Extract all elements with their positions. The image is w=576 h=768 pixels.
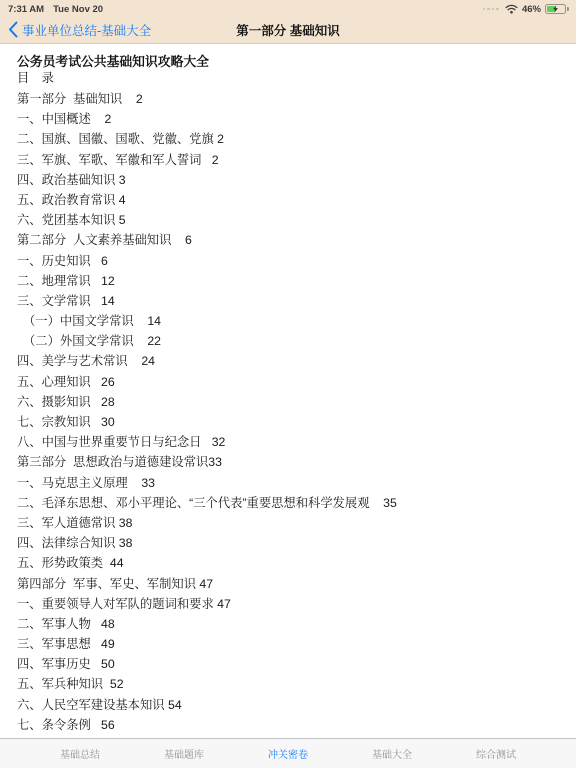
toc-row: 一、历史知识 6 xyxy=(17,251,566,271)
toc-row: 二、军事人物 48 xyxy=(17,614,566,634)
tab-item[interactable]: 冲关密卷 xyxy=(236,746,340,761)
toc-row: 五、形势政策类 44 xyxy=(17,553,566,573)
toc-row: 第二部分 人文素养基础知识 6 xyxy=(17,230,566,250)
toc-row: 三、军人道德常识 38 xyxy=(17,513,566,533)
toc-row: 三、军旗、军歌、军徽和军人誓词 2 xyxy=(17,150,566,170)
tab-bar: 基础总结 基础题库 冲关密卷 基础大全 综合测试 xyxy=(0,738,576,768)
toc-row: 第三部分 思想政治与道德建设常识33 xyxy=(17,452,566,472)
toc-row: 五、心理知识 26 xyxy=(17,372,566,392)
back-button[interactable]: 事业单位总结-基础大全 xyxy=(8,16,151,43)
toc-row: 二、国旗、国徽、国歌、党徽、党旗 2 xyxy=(17,129,566,149)
toc-row: 四、军事历史 50 xyxy=(17,654,566,674)
toc-row: 七、条令条例 56 xyxy=(17,715,566,735)
toc-row: 七、宗教知识 30 xyxy=(17,412,566,432)
top-chrome: 7:31 AMTue Nov 20 46% xyxy=(0,0,576,44)
status-time: 7:31 AM xyxy=(8,4,44,15)
toc-heading: 目 录 xyxy=(17,70,566,86)
status-bar: 7:31 AMTue Nov 20 46% xyxy=(0,0,576,16)
cellular-signal-icon xyxy=(483,8,499,11)
tab-item[interactable]: 基础总结 xyxy=(28,746,132,761)
tab-item[interactable]: 综合测试 xyxy=(444,746,548,761)
tab-item[interactable]: 基础大全 xyxy=(340,746,444,761)
wifi-icon xyxy=(505,4,518,14)
toc-row: 一、中国概述 2 xyxy=(17,109,566,129)
toc-row: 四、美学与艺术常识 24 xyxy=(17,351,566,371)
screen: 7:31 AMTue Nov 20 46% xyxy=(0,0,576,768)
toc-row: 四、政治基础知识 3 xyxy=(17,170,566,190)
toc-row: （一）中国文学常识 14 xyxy=(17,311,566,331)
toc-row: 二、毛泽东思想、邓小平理论、“三个代表”重要思想和科学发展观 35 xyxy=(17,493,566,513)
toc-row: 四、法律综合知识 38 xyxy=(17,533,566,553)
nav-bar: 事业单位总结-基础大全 第一部分 基础知识 xyxy=(0,16,576,43)
back-chevron-icon xyxy=(8,21,18,38)
toc-row: 五、政治教育常识 4 xyxy=(17,190,566,210)
document-title: 公务员考试公共基础知识攻略大全 xyxy=(17,53,566,70)
toc-row: 六、人民空军建设基本知识 54 xyxy=(17,695,566,715)
battery-icon xyxy=(545,4,566,14)
battery-percent: 46% xyxy=(522,4,541,15)
toc-row: 五、军兵种知识 52 xyxy=(17,674,566,694)
toc-row: 三、军事思想 49 xyxy=(17,634,566,654)
toc-row: 六、摄影知识 28 xyxy=(17,392,566,412)
toc-row: 二、地理常识 12 xyxy=(17,271,566,291)
document-content[interactable]: 公务员考试公共基础知识攻略大全 目 录 第一部分 基础知识 2 一、中国概述 2… xyxy=(0,44,576,738)
status-right: 46% xyxy=(483,4,569,15)
toc-list: 第一部分 基础知识 2 一、中国概述 2 二、国旗、国徽、国歌、党徽、党旗 2 … xyxy=(17,89,566,735)
toc-row: 三、文学常识 14 xyxy=(17,291,566,311)
status-date: Tue Nov 20 xyxy=(53,4,103,15)
back-label: 事业单位总结-基础大全 xyxy=(22,21,151,39)
toc-row: 第四部分 军事、军史、军制知识 47 xyxy=(17,574,566,594)
toc-row: 六、党团基本知识 5 xyxy=(17,210,566,230)
status-left: 7:31 AMTue Nov 20 xyxy=(8,4,112,15)
toc-row: 八、中国与世界重要节日与纪念日 32 xyxy=(17,432,566,452)
toc-row: 第一部分 基础知识 2 xyxy=(17,89,566,109)
toc-row: 一、马克思主义原理 33 xyxy=(17,473,566,493)
tab-item[interactable]: 基础题库 xyxy=(132,746,236,761)
toc-row: 一、重要领导人对军队的题词和要求 47 xyxy=(17,594,566,614)
toc-row: （二）外国文学常识 22 xyxy=(17,331,566,351)
